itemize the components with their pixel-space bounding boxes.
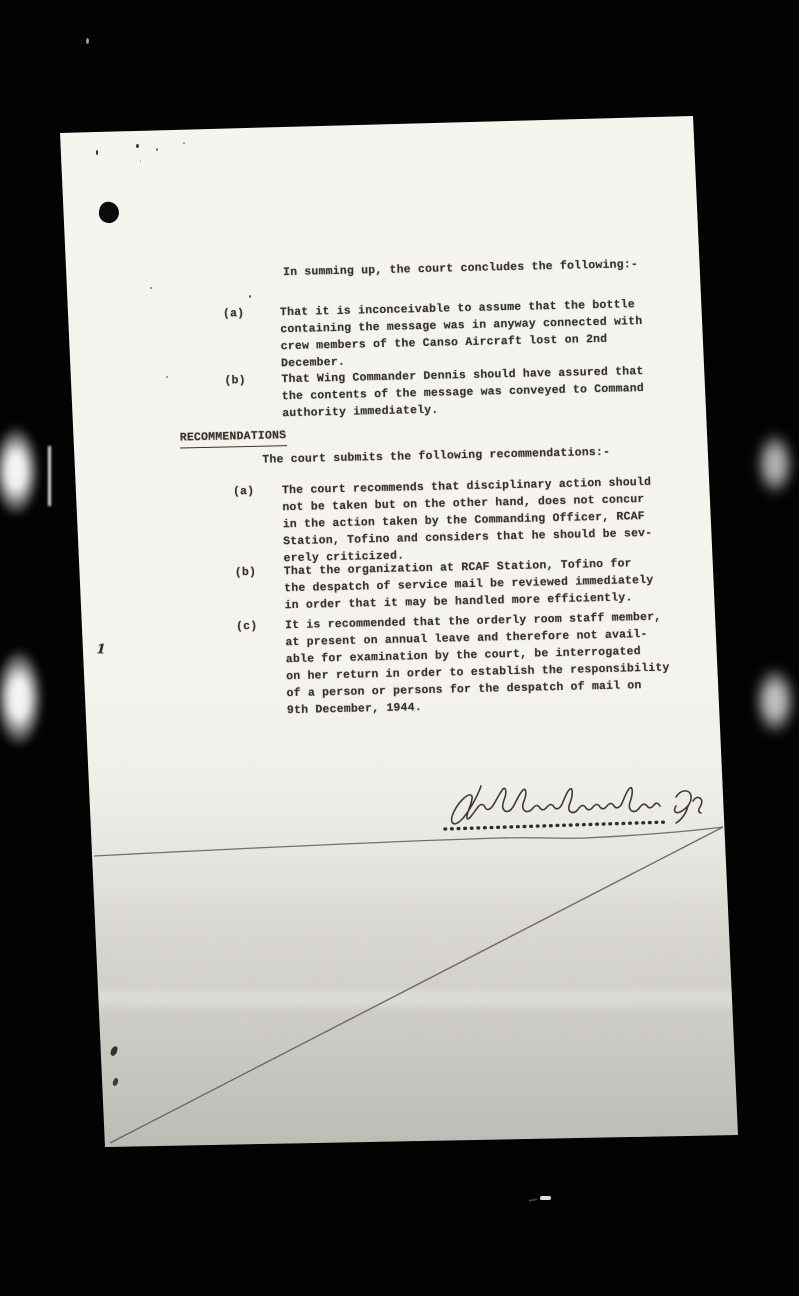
film-glow-artifact: [748, 656, 799, 746]
signature-dotted-line: [445, 822, 668, 829]
signature: [452, 786, 702, 824]
film-grain: [80, 920, 760, 1150]
film-glow-artifact: [750, 422, 799, 506]
microfilm-frame: In summing up, the court concludes the f…: [0, 0, 799, 1296]
document-page: In summing up, the court concludes the f…: [0, 0, 799, 1296]
film-glow-artifact: [0, 634, 50, 762]
dust-speck: [86, 38, 89, 44]
film-scratch-artifact: [48, 446, 51, 506]
handwritten-overlay: [0, 0, 799, 1296]
film-glow-artifact: [0, 412, 46, 530]
crossout-line-horizontal: [94, 827, 723, 856]
film-mark: [540, 1196, 551, 1200]
film-mark: [529, 1198, 537, 1202]
